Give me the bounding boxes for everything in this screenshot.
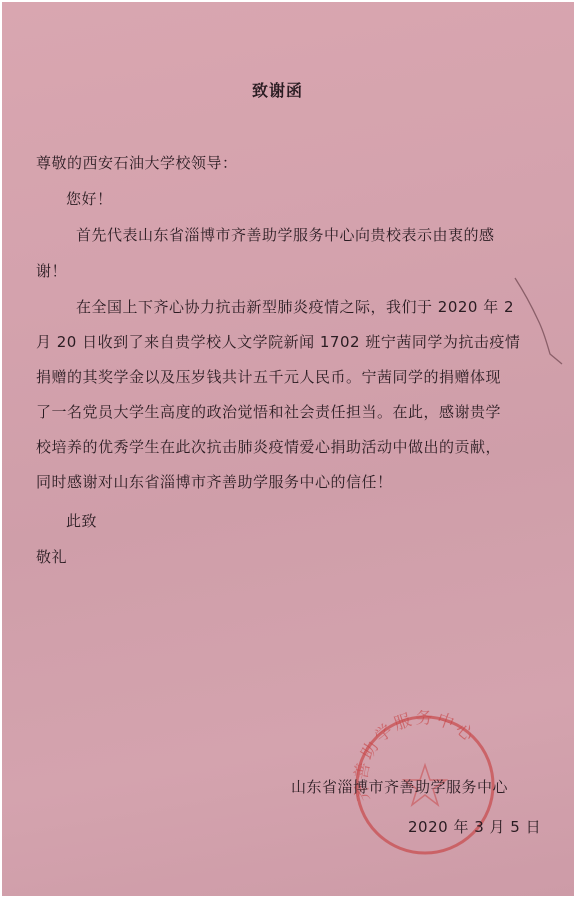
- paragraph-1-line-2: 谢！: [36, 260, 67, 281]
- paragraph-1-line-1: 首先代表山东省淄博市齐善助学服务中心向贵校表示由衷的感: [76, 224, 495, 245]
- closing-1: 此致: [66, 510, 97, 531]
- paragraph-2-line-6: 同时感谢对山东省淄博市齐善助学服务中心的信任！: [36, 471, 393, 492]
- paragraph-2-line-5: 校培养的优秀学生在此次抗击肺炎疫情爱心捐助活动中做出的贡献，: [36, 436, 501, 457]
- paragraph-2-line-3: 捐赠的其奖学金以及压岁钱共计五千元人民币。宁茜同学的捐赠体现: [36, 366, 501, 387]
- letter-date: 2020 年 3 月 5 日: [408, 816, 541, 837]
- signature: 山东省淄博市齐善助学服务中心: [291, 776, 508, 797]
- closing-2: 敬礼: [36, 546, 67, 567]
- letter-page: 致谢函 尊敬的西安石油大学校领导： 您好！ 首先代表山东省淄博市齐善助学服务中心…: [2, 2, 574, 896]
- paragraph-2-line-4: 了一名党员大学生高度的政治觉悟和社会责任担当。在此，感谢贵学: [36, 401, 501, 422]
- salutation: 尊敬的西安石油大学校领导：: [36, 152, 238, 173]
- letter-title: 致谢函: [252, 78, 303, 101]
- paragraph-2-line-1: 在全国上下齐心协力抗击新型肺炎疫情之际，我们于 2020 年 2: [76, 296, 514, 317]
- greeting: 您好！: [66, 188, 113, 209]
- paragraph-2-line-2: 月 20 日收到了来自贵学校人文学院新闻 1702 班宁茜同学为抗击疫情: [36, 331, 520, 352]
